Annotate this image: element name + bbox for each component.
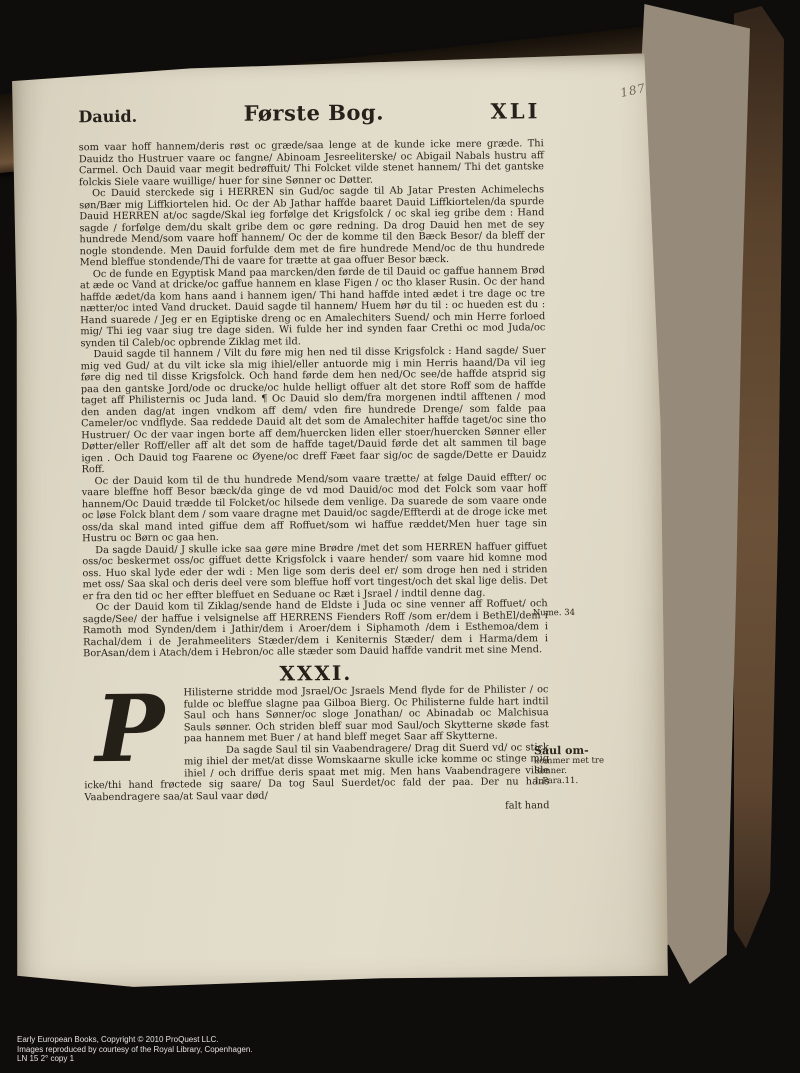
header-center-title: Første Bog. xyxy=(244,100,384,126)
margin-note-numeri: Nume. 34 xyxy=(533,608,609,619)
paragraph: Da sagde Dauid/ J skulle icke saa gøre m… xyxy=(82,541,547,603)
margin-note-line: Saul om- xyxy=(534,746,610,757)
paragraph: Oc de funde en Egyptisk Mand paa marcken… xyxy=(80,265,546,350)
caption-line-copyright: Early European Books, Copyright © 2010 P… xyxy=(17,1035,253,1045)
paragraph: som vaar hoff hannem/deris røst oc græde… xyxy=(79,138,544,188)
paragraph: Oc der Dauid kom til de thu hundrede Men… xyxy=(82,472,548,545)
ornamental-initial-letter: P xyxy=(83,689,176,774)
margin-note-line: 1.Para.11. xyxy=(534,776,610,787)
paragraph: Oc der Dauid kom til Ziklag/sende hand d… xyxy=(83,598,548,660)
margin-note-saul: Saul om- kommer met tre Sønner. 1.Para.1… xyxy=(534,746,610,787)
running-header: Dauid. Første Bog. XLI xyxy=(78,98,540,127)
paragraph: Oc Dauid sterckede sig i HERREN sin Gud/… xyxy=(79,184,545,269)
body-text-column: som vaar hoff hannem/deris røst oc græde… xyxy=(79,138,550,816)
caption-line-courtesy: Images reproduced by courtesy of the Roy… xyxy=(17,1045,253,1055)
margin-note-line: kommer met tre xyxy=(534,756,610,767)
book-photograph: 187 Dauid. Første Bog. XLI som vaar hoff… xyxy=(0,0,800,1073)
handwritten-folio-number: 187 xyxy=(619,81,647,100)
proquest-caption: Early European Books, Copyright © 2010 P… xyxy=(17,1035,253,1064)
margin-note-line: Sønner. xyxy=(534,766,610,777)
header-page-roman-numeral: XLI xyxy=(490,98,540,123)
paragraph: Dauid sagde til hannem / Vilt du føre mi… xyxy=(80,345,546,476)
caption-line-shelfmark: LN 15 2° copy 1 xyxy=(17,1054,253,1064)
header-left-title: Dauid. xyxy=(78,107,137,127)
book-page: 187 Dauid. Første Bog. XLI som vaar hoff… xyxy=(8,53,668,989)
